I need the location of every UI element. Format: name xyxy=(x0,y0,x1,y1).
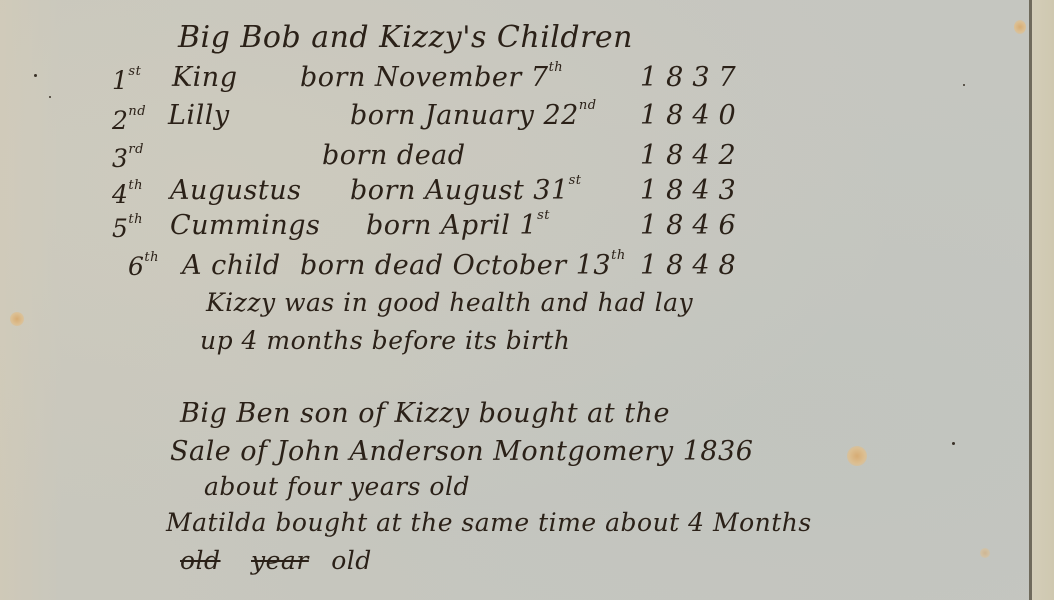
entry-name: Lilly xyxy=(168,100,230,131)
entry-date: born dead xyxy=(322,140,466,171)
entry-name: King xyxy=(172,62,237,93)
purchase-line: about four years old xyxy=(204,472,470,501)
purchase-line: Matilda bought at the same time about 4 … xyxy=(166,508,812,537)
entry-date: born April 1st xyxy=(366,210,550,241)
entry-ordinal: 4th xyxy=(112,180,143,209)
ink-speck xyxy=(34,74,37,77)
note-line: Kizzy was in good health and had lay xyxy=(206,288,693,317)
entry-year: 1837 xyxy=(640,62,745,93)
manuscript-page: Big Bob and Kizzy's Children 1st King bo… xyxy=(0,0,1030,600)
entry-ordinal: 1st xyxy=(112,66,141,95)
entry-ordinal: 3rd xyxy=(112,144,144,173)
entry-ordinal: 5th xyxy=(112,214,143,243)
page-title: Big Bob and Kizzy's Children xyxy=(178,20,633,55)
struck-word: old xyxy=(180,546,221,575)
final-word: old xyxy=(331,546,372,575)
entry-date: born August 31st xyxy=(350,175,582,206)
entry-date: born November 7th xyxy=(300,62,563,93)
purchase-line: Big Ben son of Kizzy bought at the xyxy=(180,398,670,429)
entry-year: 1840 xyxy=(640,100,745,131)
adjacent-page-strip xyxy=(1032,0,1054,600)
note-line: up 4 months before its birth xyxy=(200,326,570,355)
ink-speck xyxy=(952,442,955,445)
entry-year: 1846 xyxy=(640,210,745,241)
purchase-line: Sale of John Anderson Montgomery 1836 xyxy=(170,436,753,467)
final-line: old year old xyxy=(180,546,372,575)
entry-date: born January 22nd xyxy=(350,100,597,131)
entry-year: 1842 xyxy=(640,140,745,171)
entry-name: A child xyxy=(182,250,281,281)
foxing-stain xyxy=(847,446,867,466)
entry-name: Augustus xyxy=(170,175,302,206)
entry-year: 1843 xyxy=(640,175,745,206)
entry-ordinal: 6th xyxy=(128,252,159,281)
foxing-stain xyxy=(980,548,990,558)
ink-speck xyxy=(49,96,51,98)
entry-name: Cummings xyxy=(170,210,320,241)
entry-date: born dead October 13th xyxy=(300,250,626,281)
struck-word: year xyxy=(251,546,309,575)
entry-ordinal: 2nd xyxy=(112,106,146,135)
entry-year: 1848 xyxy=(640,250,745,281)
foxing-stain xyxy=(10,312,24,326)
foxing-stain xyxy=(1014,20,1026,34)
ink-speck xyxy=(963,84,965,86)
